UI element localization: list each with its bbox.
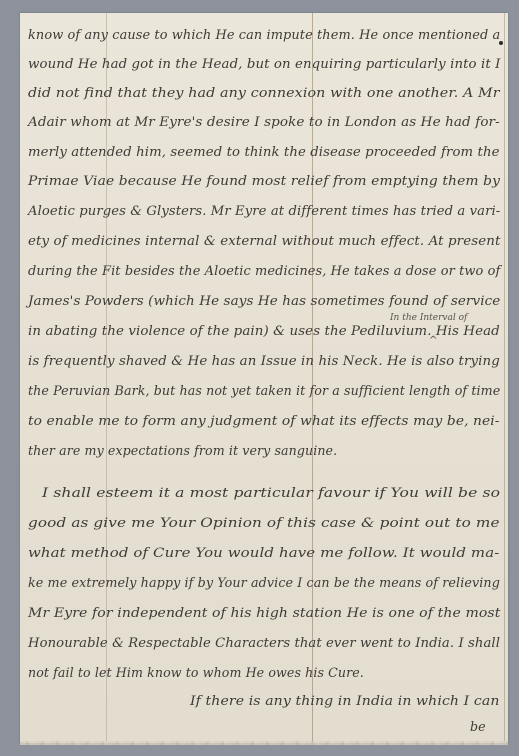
letter-page: know of any cause to which He can impute…: [20, 13, 508, 743]
text-line: merly attended him, seemed to think the …: [28, 144, 500, 159]
text-line: did not find that they had any connexion…: [28, 85, 500, 100]
catchword: be: [470, 719, 486, 734]
text-line: to enable me to form any judgment of wha…: [28, 413, 500, 428]
text-line: what method of Cure You would have me fo…: [28, 545, 499, 560]
text-line: wound He had got in the Head, but on enq…: [28, 56, 501, 71]
text-line: the Peruvian Bark, but has not yet taken…: [28, 383, 500, 398]
caret-mark: ^: [429, 335, 437, 346]
text-line: If there is any thing in India in which …: [190, 693, 500, 708]
text-line: James's Powders (which He says He has so…: [28, 293, 500, 308]
fold-line: [504, 13, 505, 743]
text-line: Honourable & Respectable Characters that…: [28, 635, 500, 650]
text-line: Aloetic purges & Glysters. Mr Eyre at di…: [28, 203, 500, 218]
text-line: not fail to let Him know to whom He owes…: [28, 665, 364, 680]
text-line: good as give me Your Opinion of this cas…: [28, 515, 500, 530]
torn-edge: [20, 741, 508, 745]
text-line: ety of medicines internal & external wit…: [28, 233, 500, 248]
text-line: ther are my expectations from it very sa…: [28, 443, 337, 458]
text-line: Adair whom at Mr Eyre's desire I spoke t…: [28, 114, 500, 129]
text-line: I shall esteem it a most particular favo…: [42, 485, 500, 500]
text-line: is frequently shaved & He has an Issue i…: [28, 353, 500, 368]
text-line: Mr Eyre for independent of his high stat…: [28, 605, 500, 620]
text-line: know of any cause to which He can impute…: [28, 27, 500, 42]
text-line: ke me extremely happy if by Your advice …: [28, 575, 500, 590]
interlinear-insertion: In the Interval of: [390, 313, 467, 323]
text-line: during the Fit besides the Aloetic medic…: [28, 263, 500, 278]
text-line: Primae Viae because He found most relief…: [28, 173, 500, 188]
